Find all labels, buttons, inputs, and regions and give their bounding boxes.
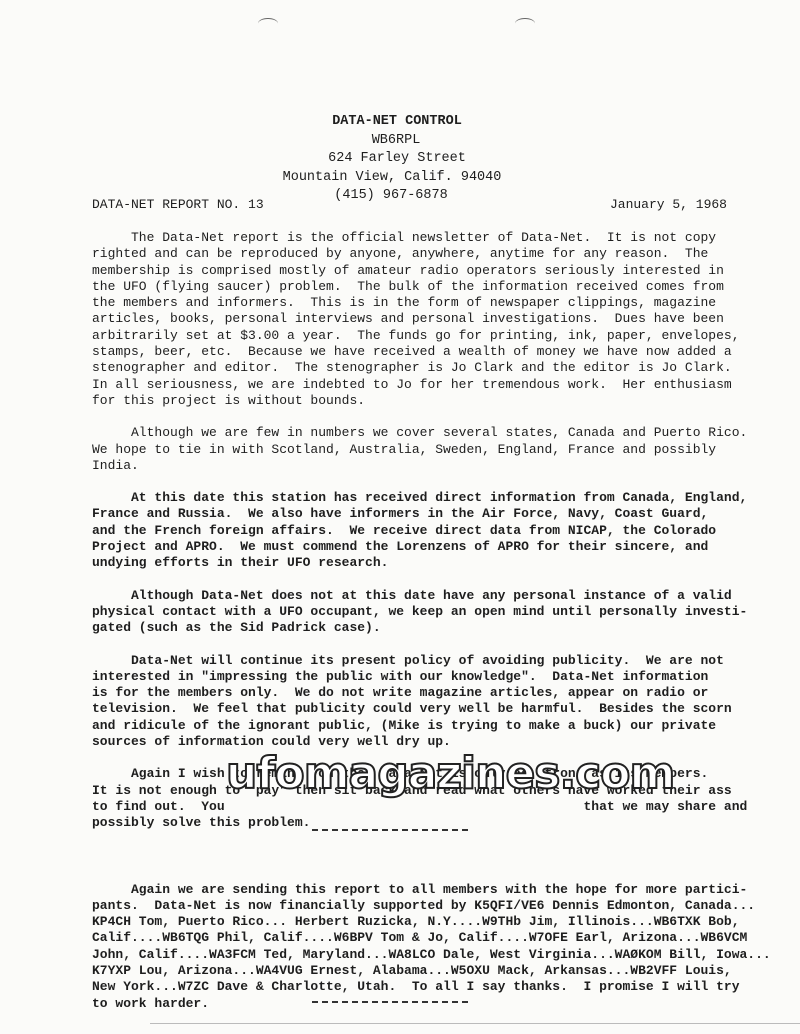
street-address: 624 Farley Street xyxy=(0,150,800,169)
page-edge xyxy=(150,1023,800,1024)
paragraph-contact: Although Data-Net does not at this date … xyxy=(92,588,792,637)
section-divider xyxy=(312,1001,468,1003)
report-date: January 5, 1968 xyxy=(610,197,727,212)
paragraph-publicity: Data-Net will continue its present polic… xyxy=(92,653,792,751)
paragraph-sources: At this date this station has received d… xyxy=(92,490,792,571)
punch-hole-mark xyxy=(258,18,278,29)
watermark: ufomagazines.com xyxy=(226,752,674,796)
paragraph-supporters: Again we are sending this report to all … xyxy=(92,882,792,1012)
org-name: DATA-NET CONTROL xyxy=(0,113,800,132)
letterhead: DATA-NET CONTROL WB6RPL 624 Farley Stree… xyxy=(0,113,800,206)
paragraph-coverage: Although we are few in numbers we cover … xyxy=(92,425,792,474)
section-divider xyxy=(312,829,468,831)
paragraph-intro: The Data-Net report is the official news… xyxy=(92,230,792,409)
punch-hole-mark xyxy=(515,18,535,29)
city-address: Mountain View, Calif. 94040 xyxy=(0,169,800,188)
report-number: DATA-NET REPORT NO. 13 xyxy=(92,197,264,212)
callsign: WB6RPL xyxy=(0,132,800,151)
report-body: The Data-Net report is the official news… xyxy=(92,230,792,1028)
